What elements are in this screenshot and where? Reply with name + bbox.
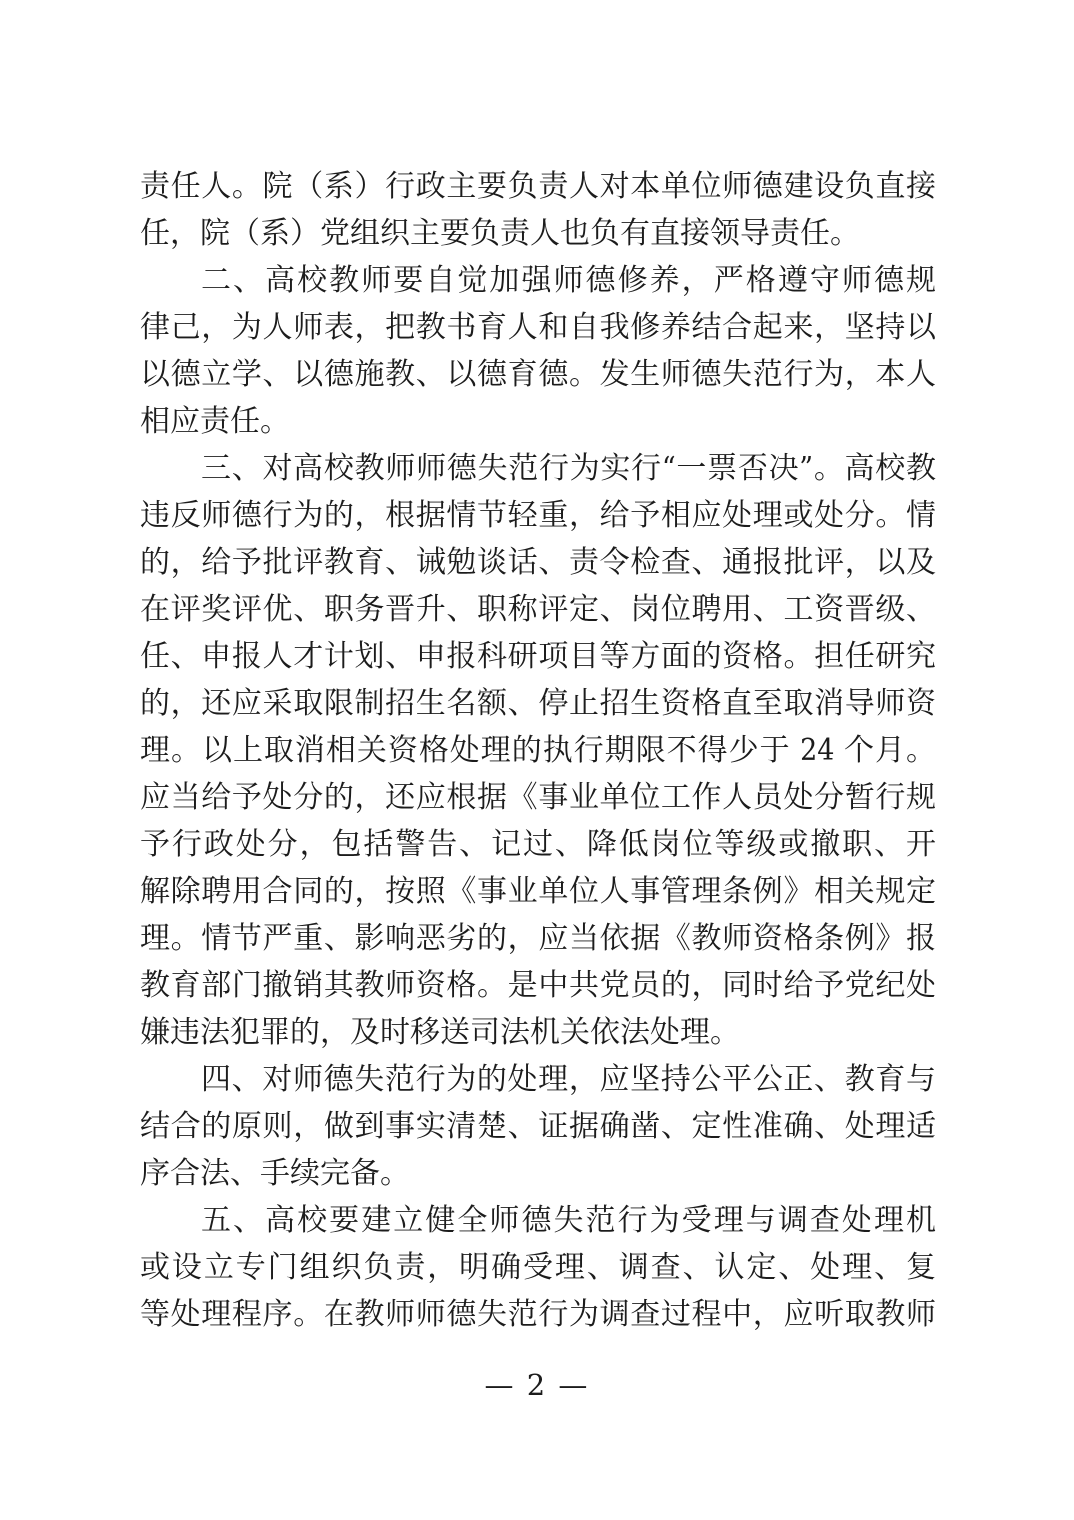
text-line: 任、申报人才计划、申报科研项目等方面的资格。担任研究生导师 — [140, 633, 936, 680]
text-line: 应当给予处分的，还应根据《事业单位工作人员处分暂行规定》给 — [140, 774, 936, 821]
text-line: 以德立学、以德施教、以德育德。发生师德失范行为，本人要承担 — [140, 351, 936, 398]
text-line: 序合法、手续完备。 — [140, 1150, 936, 1197]
text-line: 予行政处分，包括警告、记过、降低岗位等级或撤职、开除，需要 — [140, 821, 936, 868]
text-line: 违反师德行为的，根据情节轻重，给予相应处理或处分。情节较轻 — [140, 492, 936, 539]
text-line: 的，还应采取限制招生名额、停止招生资格直至取消导师资格的处 — [140, 680, 936, 727]
text-line: 五、高校要建立健全师德失范行为受理与调查处理机制，指定 — [140, 1197, 936, 1244]
text-line: 责任人。院（系）行政主要负责人对本单位师德建设负直接领导责 — [140, 163, 936, 210]
text-line: 在评奖评优、职务晋升、职称评定、岗位聘用、工资晋级、干部选 — [140, 586, 936, 633]
text-line: 律己，为人师表，把教书育人和自我修养结合起来，坚持以德立身、 — [140, 304, 936, 351]
page-number: — 2 — — [0, 1368, 1074, 1402]
text-line: 理。情节严重、影响恶劣的，应当依据《教师资格条例》报请主管 — [140, 915, 936, 962]
text-line: 任，院（系）党组织主要负责人也负有直接领导责任。 — [140, 210, 936, 257]
text-line: 三、对高校教师师德失范行为实行“一票否决”。高校教师出现 — [140, 445, 936, 492]
text-line: 解除聘用合同的，按照《事业单位人事管理条例》相关规定进行处 — [140, 868, 936, 915]
text-line: 嫌违法犯罪的，及时移送司法机关依法处理。 — [140, 1009, 936, 1056]
text-line: 等处理程序。在教师师德失范行为调查过程中，应听取教师本人的 — [140, 1291, 936, 1338]
document-body: 责任人。院（系）行政主要负责人对本单位师德建设负直接领导责任，院（系）党组织主要… — [140, 163, 936, 1338]
document-page: 责任人。院（系）行政主要负责人对本单位师德建设负直接领导责任，院（系）党组织主要… — [0, 0, 1074, 1520]
text-line: 的，给予批评教育、诫勉谈话、责令检查、通报批评，以及取消其 — [140, 539, 936, 586]
text-line: 或设立专门组织负责，明确受理、调查、认定、处理、复核、监督 — [140, 1244, 936, 1291]
text-line: 四、对师德失范行为的处理，应坚持公平公正、教育与惩处相 — [140, 1056, 936, 1103]
text-line: 理。以上取消相关资格处理的执行期限不得少于 24 个月。情节较重 — [140, 727, 936, 774]
text-line: 结合的原则，做到事实清楚、证据确凿、定性准确、处理适当、程 — [140, 1103, 936, 1150]
text-line: 相应责任。 — [140, 398, 936, 445]
text-line: 教育部门撤销其教师资格。是中共党员的，同时给予党纪处分。涉 — [140, 962, 936, 1009]
text-line: 二、高校教师要自觉加强师德修养，严格遵守师德规范，严以 — [140, 257, 936, 304]
